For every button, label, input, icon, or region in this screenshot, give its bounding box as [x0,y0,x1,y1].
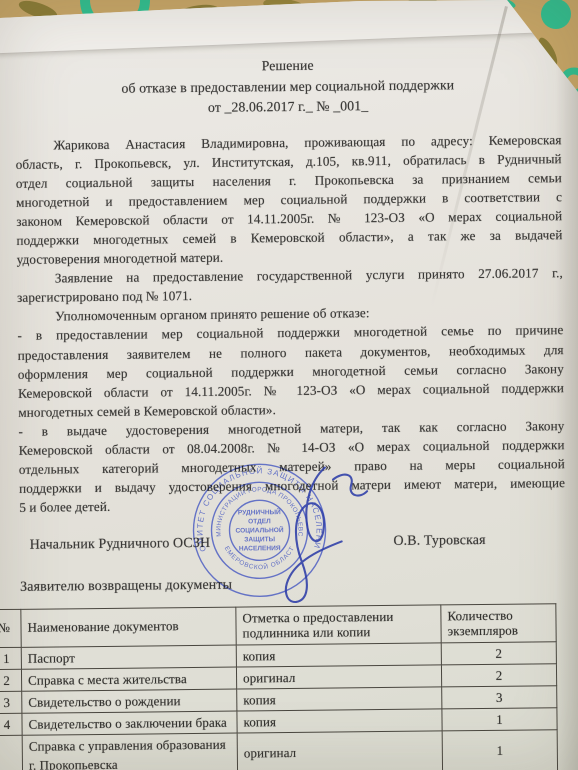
cell-mark: копия [237,687,442,711]
paper-edge-shadow [556,60,578,770]
col-header-num: № [0,609,21,647]
cell-num: 3 [0,691,22,713]
refusal-item-support: - в предоставлении мер социальной поддер… [17,321,564,422]
col-header-name: Наименование документов [21,607,236,647]
col-header-count: Количество экземпляров [441,603,556,642]
cell-count: 3 [442,685,557,708]
cell-mark: оригинал [237,731,442,770]
cell-count: 1 [442,708,557,731]
cell-mark: оригинал [236,665,441,689]
handwritten-signature [263,449,385,610]
cell-name: Справка с места жительства [21,667,236,691]
title-line: от _28.06.2017 г._ № _001_ [15,94,561,120]
document-title: Решение об отказе в предоставлении мер с… [15,53,562,120]
cell-count: 2 [441,663,556,686]
cell-name: Паспорт [21,645,236,669]
cell-mark: копия [237,709,442,733]
table-row: Справка с управления образования г. Прок… [0,730,558,770]
cell-num: 1 [0,647,21,669]
documents-table-wrap: № Наименование документов Отметка о пред… [20,603,568,770]
cell-mark: копия [236,642,441,666]
paragraph-application: Заявление на предоставление государствен… [17,263,563,307]
signer-name: О.В. Туровская [393,531,485,551]
paper-sheet: Решение об отказе в предоставлении мер с… [0,0,578,770]
col-header-mark: Отметка о предоставлении подлинника или … [236,604,441,644]
documents-table: № Наименование документов Отметка о пред… [0,603,558,770]
cell-count: 1 [442,730,557,770]
paragraph-applicant: Жарикова Анастасия Владимировна, прожива… [15,130,562,269]
cell-num: 4 [0,713,22,735]
photo-of-document: Решение об отказе в предоставлении мер с… [0,0,578,770]
cell-name: Свидетельство о рождении [22,689,237,713]
cell-num: 2 [0,669,22,691]
signer-position: Начальник Рудничного ОСЗН [30,534,211,555]
cell-num [0,735,23,770]
cell-name: Справка с управления образования г. Прок… [22,733,237,770]
document-content: Решение об отказе в предоставлении мер с… [0,0,578,770]
cell-count: 2 [441,641,556,664]
cell-name: Свидетельство о заключении брака [22,711,237,735]
